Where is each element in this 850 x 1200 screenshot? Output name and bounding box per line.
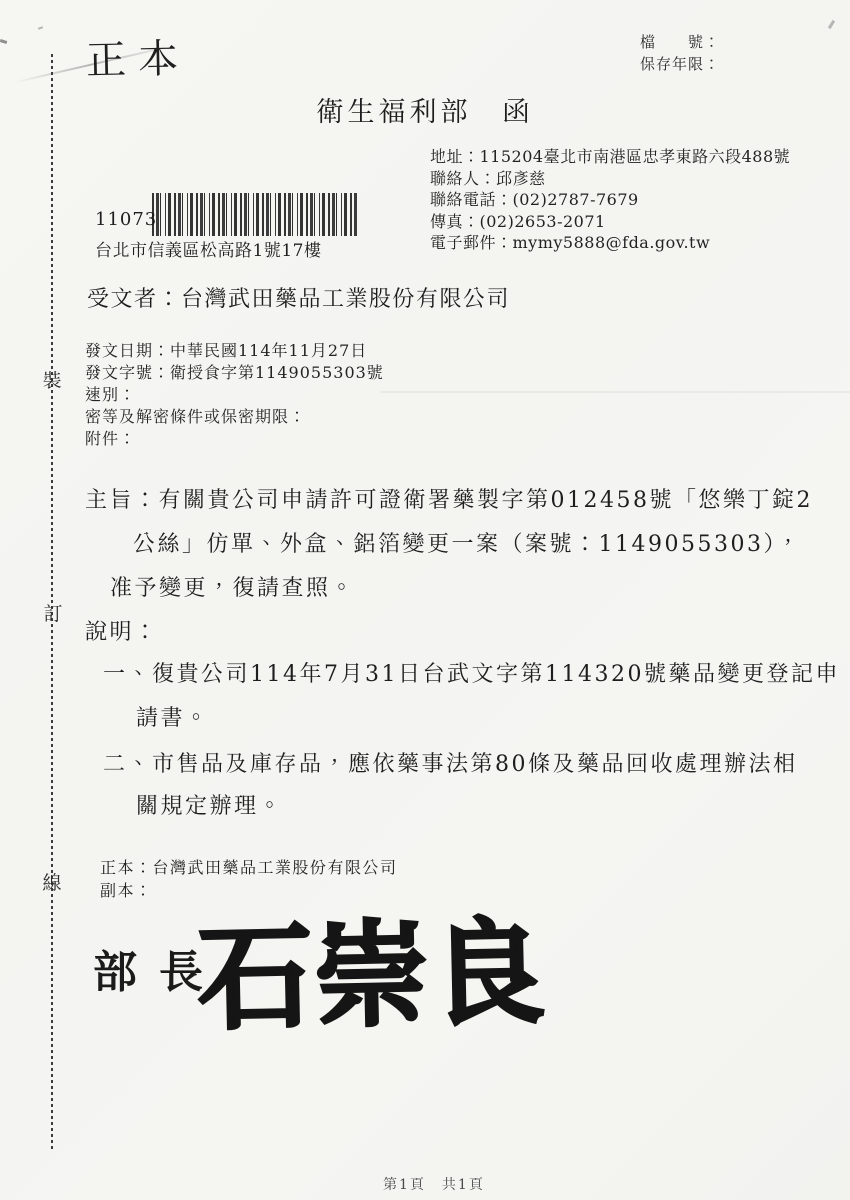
explanation-heading: 說明：	[85, 615, 159, 646]
subject-line-2: 公絲」仿單、外盒、鋁箔變更一案（案號：1149055303），	[133, 527, 801, 558]
security-level: 密等及解密條件或保密期限：	[85, 406, 384, 428]
document-title: 衛生福利部 函	[0, 90, 850, 129]
scan-crease-middle	[380, 391, 850, 393]
recipient-line: 受文者：台灣武田藥品工業股份有限公司	[87, 282, 510, 313]
file-info-block: 檔 號： 保存年限：	[640, 31, 720, 75]
scan-speck	[828, 20, 835, 29]
subject-line-1: 主旨：有關貴公司申請許可證衛署藥製字第012458號「悠樂丁錠2	[85, 483, 813, 514]
attachment-label: 附件：	[85, 428, 384, 450]
sender-address: 地址：115204臺北市南港區忠孝東路六段488號	[430, 146, 790, 168]
retention-period-label: 保存年限：	[640, 53, 720, 75]
explanation-item2-line2: 關規定辦理。	[136, 789, 283, 820]
scan-speck	[0, 39, 7, 44]
binding-char-xian: 線	[41, 868, 63, 895]
scanned-official-letter: 裝 訂 線 正本 檔 號： 保存年限： 衛生福利部 函 地址：115204臺北市…	[0, 0, 850, 1200]
copy-type-label: 正本	[85, 27, 190, 86]
binding-char-ding: 訂	[42, 599, 64, 626]
document-meta-block: 發文日期：中華民國114年11月27日 發文字號：衛授食字第1149055303…	[85, 340, 384, 450]
issue-date: 發文日期：中華民國114年11月27日	[85, 340, 384, 362]
sender-phone: 聯絡電話：(02)2787-7679	[430, 189, 790, 211]
sender-email: 電子郵件：mymy5888@fda.gov.tw	[430, 232, 790, 254]
speed-level: 速別：	[85, 384, 384, 406]
recipient-building-address: 台北市信義區松高路1號17樓	[95, 236, 321, 261]
distribution-original: 正本：台灣武田藥品工業股份有限公司	[100, 856, 398, 879]
sender-contact-person: 聯絡人：邱彥慈	[430, 168, 790, 190]
explanation-item2-line1: 二、市售品及庫存品，應依藥事法第80條及藥品回收處理辦法相	[103, 747, 798, 778]
barcode-number: 11073	[95, 209, 157, 230]
explanation-item1-line2: 請書。	[136, 701, 210, 732]
subject-line-3: 准予變更，復請查照。	[110, 571, 355, 602]
page-number-footer: 第1頁 共1頁	[383, 1174, 485, 1194]
issue-number: 發文字號：衛授食字第1149055303號	[85, 362, 384, 384]
barcode-icon	[152, 193, 357, 236]
sender-fax: 傳真：(02)2653-2071	[430, 211, 790, 233]
explanation-item1-line1: 一、復貴公司114年7月31日台武文字第114320號藥品變更登記申	[103, 657, 840, 688]
file-number-label: 檔 號：	[640, 31, 720, 53]
minister-signature: 石崇良	[196, 880, 547, 1051]
sender-contact-block: 地址：115204臺北市南港區忠孝東路六段488號 聯絡人：邱彥慈 聯絡電話：(…	[430, 146, 790, 254]
binding-char-zhuang: 裝	[40, 365, 63, 393]
scan-speck	[38, 26, 43, 30]
